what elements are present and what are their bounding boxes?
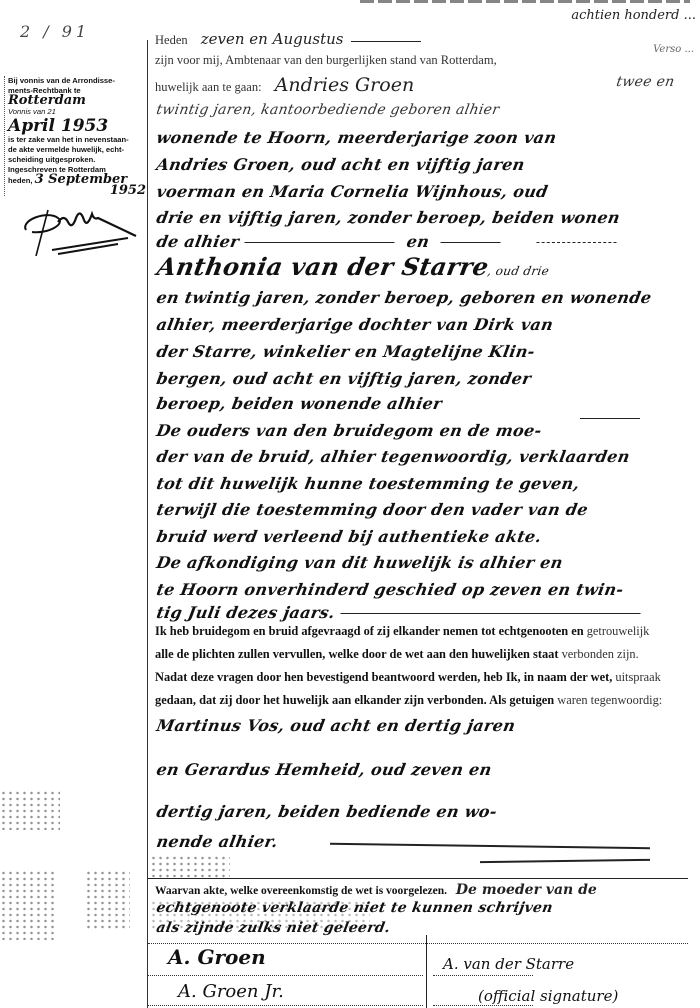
scan-noise xyxy=(150,855,230,880)
banns-line: De afkondiging van dit huwelijk is alhie… xyxy=(155,553,564,572)
signature-groom: A. Groen xyxy=(168,945,266,969)
bride-line: beroep, beiden wonende alhier xyxy=(155,394,444,413)
signature-line xyxy=(433,975,533,976)
form-line-date: Heden zeven en Augustus xyxy=(155,30,421,48)
corner-note-secondary: Verso ... xyxy=(653,44,694,55)
annotation-line: de akte vermelde huwelijk, echt- xyxy=(8,145,150,155)
consent-line: bruid werd verleend bij authentieke akte… xyxy=(155,527,543,546)
banns-line: te Hoorn onverhinderd geschied op zeven … xyxy=(155,580,625,599)
margin-signature xyxy=(18,200,138,256)
signature-groom-father: A. Groen Jr. xyxy=(178,981,284,1002)
signature-divider xyxy=(426,935,427,1008)
printed-vows-paragraph: Ik heb bruidegom en bruid afgevraagd of … xyxy=(155,620,695,712)
top-rule-fragment xyxy=(360,0,690,3)
signature-bride: A. van der Starre xyxy=(443,955,574,973)
signature-line xyxy=(148,975,423,976)
groom-name: Andries Groen xyxy=(275,74,415,96)
witness-line: dertig jaren, beiden bediende en wo- xyxy=(155,802,499,821)
form-line-marriage: huwelijk aan te gaan: Andries Groen xyxy=(155,74,414,96)
fill-line xyxy=(351,41,421,42)
annotation-line: ments-Rechtbank te Rotterdam xyxy=(8,86,150,107)
bride-name-line: Anthonia van der Starre, oud drie xyxy=(155,252,552,281)
bride-line: der Starre, winkelier en Magtelijne Klin… xyxy=(155,342,536,361)
annotation-line: Bij vonnis van de Arrondisse- xyxy=(8,76,150,86)
groom-line-end: de alhier en xyxy=(155,232,619,251)
groom-line: twintig jaren, kantoorbediende geboren a… xyxy=(155,102,501,118)
fill-line xyxy=(480,859,650,863)
annotation-line: is ter zake van het in nevenstaan- xyxy=(8,135,150,145)
witness-line-end: nende alhier. xyxy=(155,832,280,851)
consent-line: terwijl die toestemming door den vader v… xyxy=(155,500,590,519)
signature-official: (official signature) xyxy=(478,987,618,1005)
closing-handwritten: De moeder van de xyxy=(456,882,597,898)
signature-block: A. Groen A. Groen Jr. A. van der Starre … xyxy=(148,935,688,1008)
groom-line: voerman en Maria Cornelia Wijnhous, oud xyxy=(155,182,550,201)
annotation-date: April 1953 xyxy=(8,117,150,135)
annotation-year: 1952 xyxy=(8,186,150,196)
consent-line: tot dit huwelijk hunne toestemming te ge… xyxy=(155,474,581,493)
consent-line: der van de bruid, alhier tegenwoordig, v… xyxy=(155,447,631,466)
groom-line: drie en vijftig jaren, zonder beroep, be… xyxy=(155,208,622,227)
groom-age-start: twee en xyxy=(615,74,676,90)
fill-line xyxy=(580,418,640,419)
handwritten-date: zeven en Augustus xyxy=(201,30,344,48)
closing-printed: Waarvan akte, welke overeenkomstig de we… xyxy=(155,882,597,898)
signature-line xyxy=(148,943,688,944)
annotation-line: scheiding uitgesproken. xyxy=(8,155,150,165)
witness-line: en Gerardus Hemheid, oud zeven en xyxy=(155,760,493,779)
page-number: 2 / 91 xyxy=(20,22,90,41)
annotation-handwritten-place: Rotterdam xyxy=(8,93,86,108)
groom-line: wonende te Hoorn, meerderjarige zoon van xyxy=(155,128,558,147)
margin-annotation-divorce: Bij vonnis van de Arrondisse- ments-Rech… xyxy=(4,76,150,196)
fill-line xyxy=(330,843,650,849)
form-line-official: zijn voor mij, Ambtenaar van den burgerl… xyxy=(155,53,497,68)
bride-line: bergen, oud acht en vijftig jaren, zonde… xyxy=(155,369,533,388)
bride-line: alhier, meerderjarige dochter van Dirk v… xyxy=(155,315,555,334)
signature-line xyxy=(148,1005,423,1006)
scan-noise xyxy=(150,900,370,930)
bride-name: Anthonia van der Starre xyxy=(155,252,491,281)
groom-line: Andries Groen, oud acht en vijftig jaren xyxy=(155,155,526,174)
scan-noise xyxy=(0,870,55,940)
scan-noise xyxy=(0,790,60,830)
scan-noise xyxy=(85,870,130,930)
bride-line: en twintig jaren, zonder beroep, geboren… xyxy=(155,288,653,307)
consent-line: De ouders van den bruidegom en de moe- xyxy=(155,421,543,440)
connector-en: en xyxy=(405,232,431,251)
corner-note: achtien honderd ... xyxy=(571,8,696,23)
witness-line: Martinus Vos, oud acht en dertig jaren xyxy=(155,716,517,735)
signature-line xyxy=(433,1005,533,1006)
